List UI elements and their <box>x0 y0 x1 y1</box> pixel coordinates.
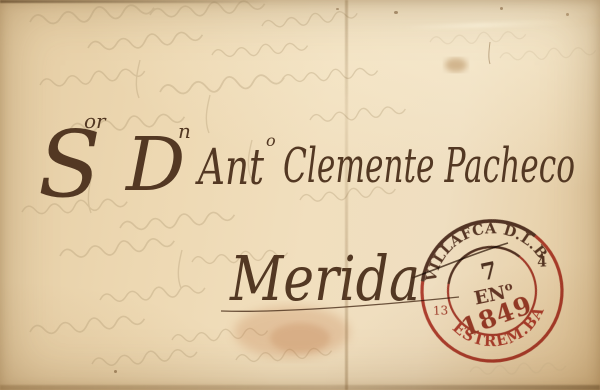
destination-text: Merida <box>229 242 420 315</box>
paper-speck <box>566 13 569 16</box>
surname-text: Clemente Pacheco <box>283 138 575 194</box>
scratch-mark <box>489 42 490 64</box>
vertical-fold-line <box>345 0 348 390</box>
paper-speck <box>500 7 503 10</box>
postmark-month-superscript: o <box>503 279 514 294</box>
bottom-edge-shadow <box>0 385 600 390</box>
honorific-superscript: or <box>84 109 107 133</box>
aged-letter-photo: S or D n Ant o Clemente Pacheco Merida V… <box>0 0 600 390</box>
top-edge-shadow <box>0 0 270 3</box>
paper-speck <box>114 370 117 373</box>
postmark-stamp: VILLAFCA D.L.B ESTREM.BA 13 4 7 EN o 184… <box>409 207 575 374</box>
given-name-abbrev: Ant <box>195 138 265 196</box>
letter-art-layer: S or D n Ant o Clemente Pacheco Merida V… <box>0 0 600 390</box>
stain-blotch-core <box>270 323 330 353</box>
postmark-left-mark: 13 <box>433 303 449 318</box>
title-superscript: n <box>178 119 191 143</box>
postmark-right-mark: 4 <box>537 254 548 270</box>
stain-spot <box>445 58 467 72</box>
paper-speck <box>394 11 398 14</box>
paper-speck <box>336 8 339 10</box>
given-name-superscript: o <box>266 131 276 150</box>
title-initial: D <box>124 122 185 208</box>
